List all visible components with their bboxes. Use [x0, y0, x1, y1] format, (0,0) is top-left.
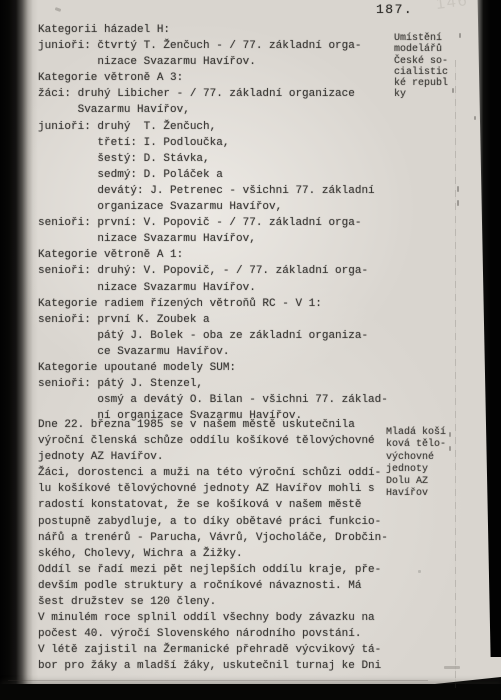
text-line: třetí: I. Podloučka,	[38, 135, 388, 151]
paper-speck	[449, 446, 451, 451]
scan-edge-bottom	[0, 684, 501, 700]
text-line: devším podle struktury a ročníkové návaz…	[38, 578, 388, 594]
text-line: ského, Cholevy, Wichra a Žižky.	[38, 546, 388, 562]
text-line: ková tělo-	[386, 439, 446, 451]
text-line: Kategorie větroně A 1:	[38, 247, 388, 263]
paper-speck	[457, 200, 459, 206]
text-line: Mladá koší	[386, 427, 446, 439]
text-line: jednoty	[386, 464, 446, 476]
paper-speck	[418, 570, 421, 573]
text-line: cialistic	[394, 67, 448, 78]
text-line: V létě zajistil na Žermanické přehradě v…	[38, 642, 388, 658]
margin-note-young-basketball: Mladá košíková tělo-výchovnéjednotyDolu …	[386, 427, 446, 501]
text-line: žáci: druhý Libicher - / 77. základní or…	[38, 86, 388, 102]
text-line: bor pro žáky a mladší žáky, uskutečnil t…	[38, 658, 388, 674]
text-line: Dolu AZ	[386, 476, 446, 488]
scan-edge-left	[0, 0, 38, 700]
text-line: senioři: první K. Zoubek a	[38, 312, 388, 328]
text-line: České so-	[394, 56, 448, 67]
text-line: junioři: čtvrtý T. Ženčuch - / 77. zákla…	[38, 38, 388, 54]
text-line: lu košíkové tělovýchovné jednoty AZ Haví…	[38, 481, 388, 497]
text-line: výchovné	[386, 452, 446, 464]
text-line: junioři: druhý T. Ženčuch,	[38, 119, 388, 135]
text-line: senioři: pátý J. Stenzel,	[38, 376, 388, 392]
text-line: senioři: druhý: V. Popovič, - / 77. zákl…	[38, 263, 388, 279]
text-line: Kategorii házadel H:	[38, 22, 388, 38]
text-line: Oddíl se řadí mezi pět nejlepších oddílu…	[38, 562, 388, 578]
text-line: ce Svazarmu Havířov.	[38, 344, 388, 360]
text-line: Dne 22. března 1985 se v našem městě usk…	[38, 417, 388, 433]
text-line: Žáci, dorostenci a muži na této výroční …	[38, 465, 388, 481]
scan-edge-bottom-line	[8, 680, 428, 681]
body-paragraph-basketball: Dne 22. března 1985 se v našem městě usk…	[38, 417, 388, 675]
text-line: Svazarmu Havířov,	[38, 102, 388, 118]
body-paragraph-model-results: Kategorii házadel H:junioři: čtvrtý T. Ž…	[38, 22, 388, 424]
text-line: nizace Svazarmu Havířov,	[38, 231, 388, 247]
text-line: jednoty AZ Havířov.	[38, 449, 388, 465]
text-line: modelářů	[394, 44, 448, 55]
paper-crease	[455, 60, 456, 688]
page-number: 187.	[376, 2, 413, 17]
text-line: ky	[394, 89, 448, 100]
text-line: devátý: J. Petrenec - všichni 77. základ…	[38, 183, 388, 199]
text-line: radostí konstatovat, že se košíková v na…	[38, 497, 388, 513]
text-line: osmý a devátý O. Bilan - všichni 77. zák…	[38, 392, 388, 408]
text-line: Kategorie radiem řízených větroňů RC - V…	[38, 296, 388, 312]
text-line: pátý J. Bolek - oba ze základní organiza…	[38, 328, 388, 344]
text-line: Havířov	[386, 488, 446, 500]
scanned-document-page: 146 187. Kategorii házadel H:junioři: čt…	[0, 0, 501, 700]
text-line: Kategorie upoutané modely SUM:	[38, 360, 388, 376]
text-line: nizace Svazarmu Havířov.	[38, 54, 388, 70]
text-line: organizace Svazarmu Havířov,	[38, 199, 388, 215]
text-line: senioři: první: V. Popovič - / 77. zákla…	[38, 215, 388, 231]
pencil-mark: 146	[435, 0, 470, 14]
text-line: šest družstev se 120 členy.	[38, 594, 388, 610]
text-line: nizace Svazarmu Havířov.	[38, 280, 388, 296]
paper-speck	[457, 186, 459, 192]
scan-edge-right	[475, 0, 501, 657]
text-line: Kategorie větroně A 3:	[38, 70, 388, 86]
text-line: nářů a trenérů - Parucha, Vávrů, Vjochol…	[38, 530, 388, 546]
paper-smudge	[444, 666, 460, 669]
paper-speck	[459, 33, 461, 38]
text-line: počest 40. výročí Slovenského národního …	[38, 626, 388, 642]
paper-speck	[474, 116, 476, 120]
text-line: V minulém roce splnil oddíl všechny body…	[38, 610, 388, 626]
paper-speck	[449, 432, 451, 437]
text-line: šestý: D. Stávka,	[38, 151, 388, 167]
paper-smudge	[55, 7, 62, 12]
paper-speck	[452, 88, 454, 93]
text-line: výroční členská schůze oddílu košíkové t…	[38, 433, 388, 449]
text-line: ké republ	[394, 78, 448, 89]
margin-note-modelers-placement: UmístěnímodelářůČeské so-cialistické rep…	[394, 33, 448, 101]
text-line: Umístění	[394, 33, 448, 44]
text-line: postupně zabydluje, a to díky obětavé pr…	[38, 514, 388, 530]
text-line: sedmý: D. Poláček a	[38, 167, 388, 183]
